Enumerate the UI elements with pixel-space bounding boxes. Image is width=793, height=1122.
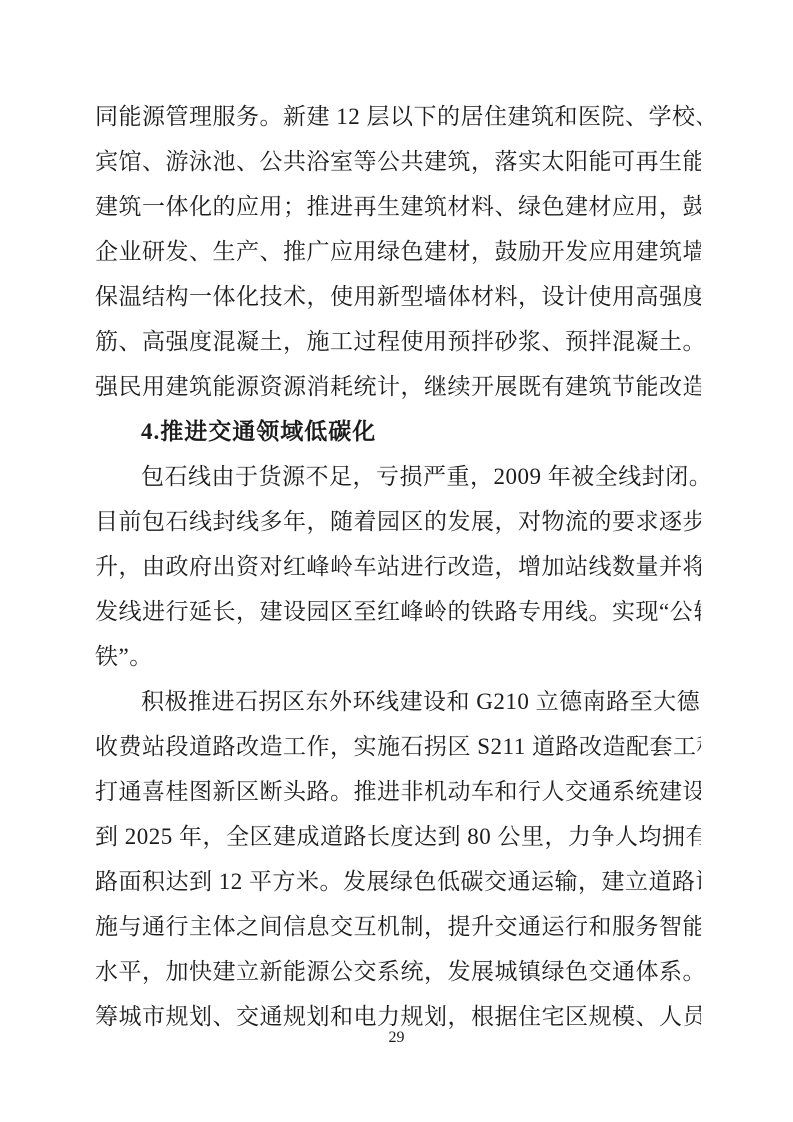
text-line: 路面积达到 12 平方米。发展绿色低碳交通运输，建立道路设: [95, 859, 701, 904]
text-line: 积极推进石拐区东外环线建设和 G210 立德南路至大德恒: [95, 679, 701, 724]
text-line: 建筑一体化的应用；推进再生建筑材料、绿色建材应用，鼓励: [95, 184, 701, 229]
text-line: 收费站段道路改造工作，实施石拐区 S211 道路改造配套工程，: [95, 724, 701, 769]
text-line: 包石线由于货源不足，亏损严重，2009 年被全线封闭。: [95, 454, 701, 499]
text-line: 筋、高强度混凝土，施工过程使用预拌砂浆、预拌混凝土。 加: [95, 319, 701, 364]
text-line: 打通喜桂图新区断头路。推进非机动车和行人交通系统建设。: [95, 769, 701, 814]
text-line: 水平，加快建立新能源公交系统，发展城镇绿色交通体系。统: [95, 949, 701, 994]
text-line: 保温结构一体化技术，使用新型墙体材料，设计使用高强度钢: [95, 274, 701, 319]
text-block: 同能源管理服务。新建 12 层以下的居住建筑和医院、学校、 宾馆、游泳池、公共浴…: [95, 94, 701, 1039]
text-line: 企业研发、生产、推广应用绿色建材，鼓励开发应用建筑墙体: [95, 229, 701, 274]
text-line: 铁”。: [95, 634, 701, 679]
text-line: 强民用建筑能源资源消耗统计，继续开展既有建筑节能改造。: [95, 364, 701, 409]
text-line: 升，由政府出资对红峰岭车站进行改造，增加站线数量并将到: [95, 544, 701, 589]
text-line: 发线进行延长，建设园区至红峰岭的铁路专用线。实现“公转: [95, 589, 701, 634]
text-line: 目前包石线封线多年，随着园区的发展，对物流的要求逐步提: [95, 499, 701, 544]
text-line: 同能源管理服务。新建 12 层以下的居住建筑和医院、学校、: [95, 94, 701, 139]
document-page: 同能源管理服务。新建 12 层以下的居住建筑和医院、学校、 宾馆、游泳池、公共浴…: [0, 0, 793, 1122]
text-line: 施与通行主体之间信息交互机制，提升交通运行和服务智能化: [95, 904, 701, 949]
page-number: 29: [0, 1028, 793, 1048]
text-line: 到 2025 年，全区建成道路长度达到 80 公里，力争人均拥有道: [95, 814, 701, 859]
text-line: 宾馆、游泳池、公共浴室等公共建筑，落实太阳能可再生能源: [95, 139, 701, 184]
section-heading: 4.推进交通领域低碳化: [95, 409, 701, 454]
